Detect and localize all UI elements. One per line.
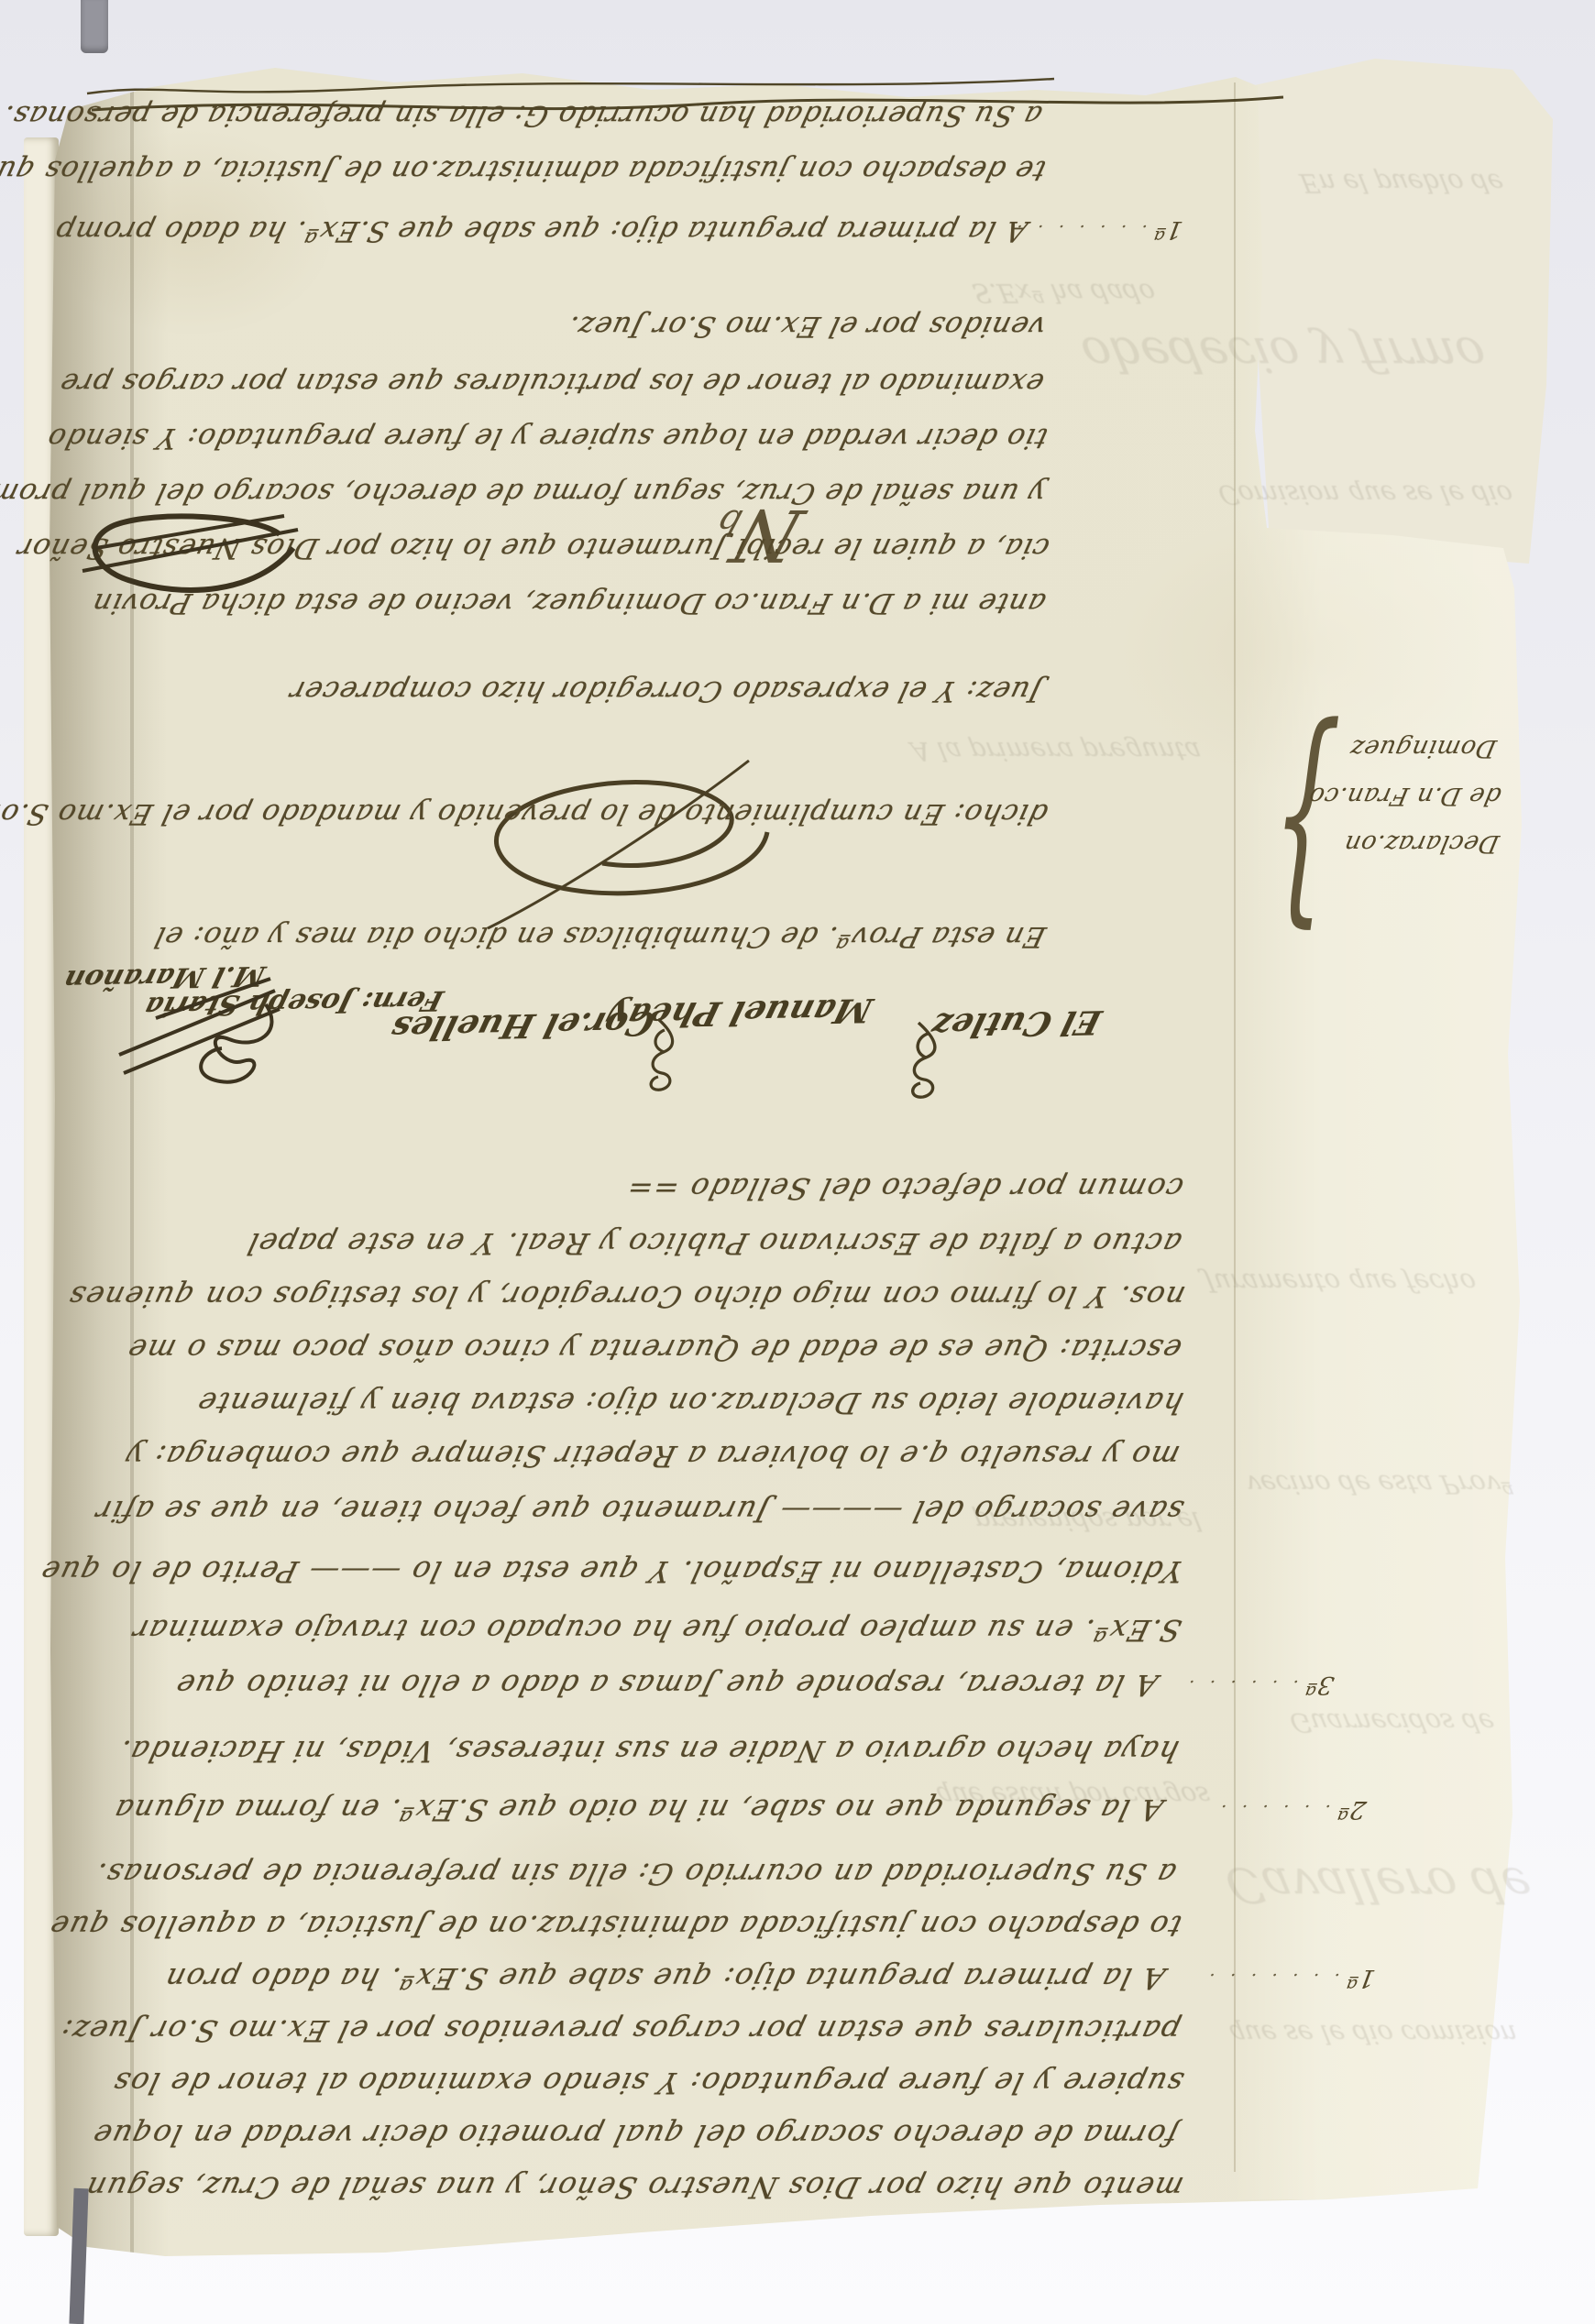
manuscript-line: Ydioma, Castellano ni Español. Y que est…: [37, 1554, 1187, 1589]
dotted-leader: . . . . . .: [1182, 1676, 1300, 1698]
manuscript-line: haviendole leido su Declaraz.on dijo: es…: [192, 1386, 1187, 1420]
margin-note-line: Dominguez: [1347, 734, 1499, 762]
manuscript-line: escrita: Que es de edad de Quarenta y ci…: [123, 1332, 1185, 1367]
manuscript-line: comun por defecto del Sellado ==: [622, 1171, 1187, 1206]
bleedthrough-text: Cavallero de: [1221, 1857, 1537, 1912]
manuscript-line: actuo a falta de Escrivano Publico y Rea…: [243, 1226, 1185, 1261]
paraph-oval-flourish: [469, 754, 790, 942]
closing-rule-lines: [82, 71, 1283, 117]
margin-note-line: Declaraz.on: [1341, 829, 1501, 858]
manuscript-line: venidos por el Ex.mo S.or Juez.: [564, 310, 1049, 343]
ink-blot-scribble: [69, 507, 312, 612]
question-number-label: 3ª: [1303, 1671, 1336, 1699]
manuscript-line: particulares que estan por cargos preven…: [56, 2013, 1184, 2048]
dotted-leader: . . . . . . .: [1009, 221, 1149, 243]
bleedthrough-text: Comision que se le dio: [1215, 479, 1515, 510]
manuscript-line: A la primera pregunta dijo: que sabe que…: [51, 214, 1030, 247]
bleedthrough-text: que estan por cargos: [932, 1781, 1213, 1811]
manuscript-line: supiere y le fuere preguntado: Y siendo …: [108, 2066, 1186, 2100]
margin-question-number: 3ª . . . . . .: [1182, 1671, 1336, 1699]
bleedthrough-text: Juramento que fecho: [1201, 1267, 1479, 1298]
manuscript-line: mento que hizo por Dios Nuestro Señor, y…: [81, 2170, 1186, 2205]
bleedthrough-text: vecino de esta Provª: [1243, 1469, 1515, 1499]
bleedthrough-text: que se le dio comision: [1226, 2019, 1521, 2049]
bleedthrough-text: Guarnecidos de: [1287, 1707, 1497, 1738]
question-number-label: 1ª: [1152, 215, 1184, 244]
manuscript-line: S.Exª. en su ampleo propio fue ha ocupad…: [128, 1613, 1185, 1648]
handwritten-content-rotated-180: mento que hizo por Dios Nuestro Señor, y…: [0, 0, 1595, 2324]
manuscript-line: mo y resuelto q.e lo bolviera a Repetir …: [121, 1439, 1183, 1474]
manuscript-line: A la primera pregunta dijo: que sabe que…: [160, 1961, 1169, 1996]
manuscript-line: examinado al tenor de los particulares q…: [56, 367, 1047, 400]
manuscript-line: A la tercera, responde que Jamas a dado …: [171, 1668, 1161, 1703]
dotted-leader: . . . . . . .: [1202, 1969, 1341, 1991]
dotted-leader: . . . . . .: [1214, 1801, 1332, 1823]
manuscript-line: a Su Superioridad an ocurrido G: ella si…: [91, 1857, 1180, 1891]
margin-note-brace: }: [1266, 699, 1342, 969]
manuscript-line: tio decir verdad en loque supiere y le f…: [43, 422, 1050, 455]
manuscript-scan: mento que hizo por Dios Nuestro Señor, y…: [0, 0, 1595, 2324]
manuscript-line: dicho: En cumplimiento de lo prevenido y…: [0, 797, 1050, 830]
bleedthrough-text: A la primera pregunta: [908, 736, 1204, 766]
bleedthrough-text: En el pueblo de: [1297, 168, 1506, 198]
bleedthrough-text: prevenidos por el: [971, 1506, 1204, 1536]
manuscript-line: haya hecho agravio a Nadie en sus intere…: [115, 1734, 1182, 1769]
margin-question-number: 1ª . . . . . . .: [1009, 215, 1185, 244]
signature: El Cutlez: [928, 1003, 1105, 1045]
manuscript-line: te despacho con justificada administraz.…: [0, 154, 1049, 187]
question-number-label: 1ª: [1345, 1964, 1377, 1992]
margin-question-number: 1ª . . . . . . .: [1202, 1964, 1378, 1992]
signature-scribble: [101, 968, 293, 1105]
manuscript-line: nos. Y lo firmo con migo dicho Corregido…: [64, 1279, 1189, 1314]
bleedthrough-text: obedecio y firmo: [1077, 326, 1491, 381]
rubric-knot-flourish: [629, 1015, 689, 1098]
manuscript-line: Juez: Y el expresado Corregidor hizo com…: [286, 674, 1046, 707]
margin-question-number: 2ª . . . . . .: [1214, 1795, 1369, 1824]
question-number-label: 2ª: [1336, 1795, 1368, 1824]
manuscript-line: to despacho con justificada administraz.…: [45, 1909, 1185, 1944]
rubric-knot-flourish: [889, 1018, 953, 1105]
manuscript-line: En esta Provª. de Chumbibilcas en dicho …: [150, 920, 1049, 953]
manuscript-line: y una señal de Cruz, segun forma de dere…: [0, 477, 1049, 510]
bleedthrough-text: S.Exª ha dado: [970, 278, 1159, 308]
manuscript-line: forma de derecho socargo del qual promet…: [88, 2118, 1182, 2153]
